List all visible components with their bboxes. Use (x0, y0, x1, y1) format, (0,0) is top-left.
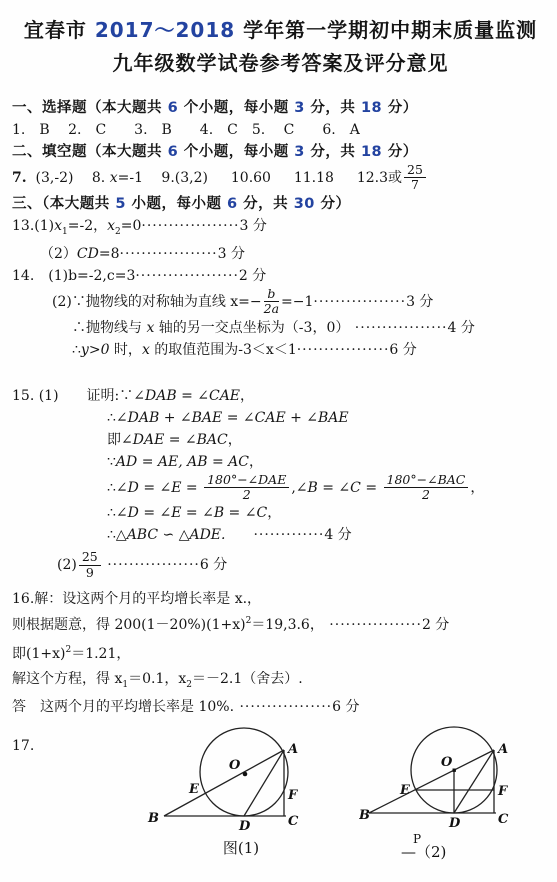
text-segment: 分） (382, 100, 418, 116)
text-segment: y (81, 342, 89, 358)
text-segment: =−1 (281, 294, 313, 310)
text-segment: x (54, 218, 62, 234)
text-segment: 时， (109, 342, 141, 358)
text-segment (225, 527, 253, 543)
text-segment: 3 (294, 100, 305, 116)
text-segment: 答 这两个月的平均增长率是 10%. (12, 699, 234, 715)
text-segment: 个小题，每小题 (178, 100, 294, 116)
text-segment: 5 (115, 196, 126, 212)
fraction: 180°−∠DAE2 (204, 473, 289, 503)
dotted-leader: ·················· (120, 246, 218, 262)
text-segment: ∠DAB = ∠CAE (133, 388, 240, 404)
text-segment: 证明:∵ (87, 388, 134, 404)
text-segment: 解这个方程，得 x (12, 671, 122, 687)
dotted-leader: ············· (253, 527, 324, 543)
dotted-leader: ················· (297, 342, 390, 358)
text-segment: CD (77, 246, 99, 262)
text-segment: 3 分 (218, 246, 245, 262)
dotted-leader: ················· (313, 294, 406, 310)
text-segment: ＝0.1，x (128, 671, 186, 687)
text-segment: △ABC ∽ △ADE. (116, 527, 226, 543)
text-segment: 13.(1) (12, 218, 54, 234)
text-segment: x (110, 170, 118, 186)
text-segment: ∴ (107, 479, 116, 495)
text-segment: ， (470, 479, 484, 495)
text-segment: 1. B 2. C 3. B 4. C 5. C 6. A (12, 122, 360, 138)
text-segment: ∠DAE = ∠BAC (121, 432, 228, 448)
q14-part2a: (2)∵抛物线的对称轴为直线 x=−b2a=−1················… (12, 287, 549, 317)
text-segment: ∴ (72, 342, 81, 358)
fraction: b2a (264, 287, 279, 317)
dotted-leader: ··················· (135, 268, 239, 284)
point-label-F: F (287, 788, 298, 803)
text-segment: =8 (99, 246, 120, 262)
q16-line2: 则根据题意，得 200(1－20%)(1+x)2＝19,3.6， ·······… (12, 610, 549, 636)
text-segment: 3 (294, 144, 305, 160)
text-segment: x (142, 342, 150, 358)
segment-BA-fig1 (164, 750, 284, 816)
center-dot-fig1 (243, 772, 248, 777)
fraction: 180°−∠BAC2 (384, 473, 469, 503)
text-segment: ＝－2.1（舍去）. (192, 671, 303, 687)
point-label-B: B (359, 808, 370, 823)
point-label-O: O (441, 755, 453, 770)
q15-proof-2: ∴∠DAB + ∠BAE = ∠CAE + ∠BAE (12, 407, 549, 429)
page-title-line1: 宜春市 2017～2018 学年第一学期初中期末质量监测 (12, 14, 549, 47)
figure-2-caption: —（2) (401, 843, 446, 861)
text-segment: 16.解：设这两个月的平均增长率是 x.， (12, 591, 261, 607)
text-segment: （2） (40, 246, 77, 262)
text-segment: 则根据题意，得 200(1－20%)(1+x) (12, 617, 246, 633)
text-segment: ∠DAB + ∠BAE = ∠CAE + ∠BAE (116, 410, 349, 426)
text-segment: ∵ (107, 454, 116, 470)
figure-1-caption: 图(1) (223, 839, 259, 857)
text-segment: 6 分 (200, 557, 227, 573)
text-segment: 个小题，每小题 (178, 144, 294, 160)
q16-line3: 即(1+x)2＝1.21， (12, 639, 549, 665)
q15-proof-3: 即∠DAE = ∠BAC， (12, 429, 549, 451)
text-segment: ∠B = ∠C = (296, 479, 382, 495)
q15-proof-4: ∵AD = AE, AB = AC， (12, 451, 549, 473)
section2-heading: 二、填空题（本大题共 6 个小题，每小题 3 分，共 18 分） (12, 141, 549, 163)
center-dot-fig2 (453, 769, 456, 772)
text-segment: 即(1+x) (12, 646, 65, 662)
q15-proof-1: 15. (1) 证明:∵∠DAB = ∠CAE， (12, 385, 549, 407)
q15-proof-6: ∴∠D = ∠E = ∠B = ∠C， (12, 502, 549, 524)
dotted-leader: ················· (107, 557, 200, 573)
figure-1: A O E F B D C 图(1) (144, 722, 359, 862)
segment-BA-fig2 (369, 750, 494, 813)
text-segment: 7. (12, 170, 27, 186)
text-segment: 3 分 (240, 218, 267, 234)
title-year-range: 2017～2018 (95, 18, 235, 42)
text-segment: 6 分 (389, 342, 416, 358)
text-segment: 分，共 (305, 100, 361, 116)
text-segment: 6 (227, 196, 238, 212)
text-segment: ∠D = ∠E = (116, 479, 202, 495)
q16-line1: 16.解：设这两个月的平均增长率是 x.， (12, 588, 549, 610)
text-segment: ＝19,3.6， (251, 617, 324, 633)
text-segment: ∴ (107, 505, 116, 521)
dotted-leader: ················· (234, 699, 332, 715)
text-segment: (2) (57, 557, 77, 573)
text-segment: 14. (1)b=-2,c=3 (12, 268, 135, 284)
text-segment: 2 分 (422, 617, 449, 633)
question-17-figures: 17. A O E F B D C 图(1) A (12, 722, 549, 862)
q14-part1: 14. (1)b=-2,c=3···················2 分 (12, 265, 549, 287)
section3-heading: 三、（本大题共 5 小题，每小题 6 分，共 30 分） (12, 193, 549, 215)
q15-proof-5: ∴∠D = ∠E = 180°−∠DAE2,∠B = ∠C = 180°−∠BA… (12, 473, 549, 503)
dotted-leader: ················· (349, 320, 447, 336)
text-segment: (2)∵抛物线的对称轴为直线 x=− (52, 294, 262, 310)
text-segment: ， (267, 505, 281, 521)
text-segment: 分，共 (238, 196, 294, 212)
text-segment: >0 (89, 342, 110, 358)
text-segment: 6 (168, 144, 179, 160)
text-segment: 18 (361, 100, 382, 116)
text-segment: 18 (361, 144, 382, 160)
segment-AD-fig1 (244, 750, 284, 816)
point-label-D: D (238, 819, 251, 834)
dotted-leader: ·················· (141, 218, 239, 234)
text-segment: ＝1.21， (71, 646, 130, 662)
q16-line4: 解这个方程，得 x1＝0.1，x2＝－2.1（舍去）. (12, 668, 549, 696)
text-segment: ， (249, 454, 263, 470)
text-segment: 的取值范围为-3＜x＜1 (150, 342, 297, 358)
text-segment: =-1 9.(3,2) 10.60 11.18 12.3或 (118, 170, 402, 186)
text-segment: (3,-2) 8. (27, 170, 110, 186)
text-segment: 15. (1) (12, 388, 59, 404)
text-segment: 轴的另一交点坐标为（-3，0） (154, 320, 349, 336)
title-text: 宜春市 (24, 18, 95, 42)
point-label-B: B (147, 811, 159, 826)
text-segment: =-2， (68, 218, 107, 234)
text-segment: =0 (121, 218, 142, 234)
text-segment: ∴抛物线与 (72, 320, 146, 336)
text-segment: 分） (382, 144, 418, 160)
answers-fill: 7. (3,-2) 8. x=-1 9.(3,2) 10.60 11.18 12… (12, 163, 549, 193)
text-segment: 30 (294, 196, 315, 212)
content-lines: 一、选择题（本大题共 6 个小题，每小题 3 分，共 18 分）1. B 2. … (12, 97, 549, 718)
dotted-leader: ················· (324, 617, 422, 633)
text-segment: ， (240, 388, 254, 404)
text-segment: ∴ (107, 527, 116, 543)
text-segment: 分） (315, 196, 351, 212)
text-segment: x (107, 218, 115, 234)
point-label-D: D (448, 816, 461, 831)
q13-part1: 13.(1)x1=-2，x2=0··················3 分 (12, 215, 549, 243)
point-label-E: E (188, 782, 200, 797)
text-segment: ∠D = ∠E = ∠B = ∠C (116, 505, 267, 521)
point-label-C: C (288, 814, 299, 829)
point-label-A: A (496, 742, 508, 757)
point-label-E: E (399, 783, 411, 798)
section1-heading: 一、选择题（本大题共 6 个小题，每小题 3 分，共 18 分） (12, 97, 549, 119)
point-label-A: A (286, 742, 298, 757)
text-segment: 4 分 (324, 527, 351, 543)
answers-choice: 1. B 2. C 3. B 4. C 5. C 6. A (12, 119, 549, 141)
q15-part2: (2)259 ·················6 分 (12, 550, 549, 580)
text-segment (59, 388, 87, 404)
q14-part2c: ∴y>0 时，x 的取值范围为-3＜x＜1·················6 … (12, 339, 549, 361)
page-title-line2: 九年级数学试卷参考答案及评分意见 (12, 47, 549, 80)
text-segment: ∴ (107, 410, 116, 426)
text-segment: 二、填空题（本大题共 (12, 144, 168, 160)
point-label-F: F (497, 784, 508, 799)
title-text-rest: 学年第一学期初中期末质量监测 (235, 18, 537, 42)
exam-answer-page: 宜春市 2017～2018 学年第一学期初中期末质量监测 九年级数学试卷参考答案… (0, 0, 557, 862)
text-segment: 分，共 (305, 144, 361, 160)
text-segment: 4 分 (447, 320, 474, 336)
text-segment: 小题，每小题 (126, 196, 227, 212)
text-segment: 三、（本大题共 (12, 196, 115, 212)
fraction: 257 (404, 163, 426, 193)
text-segment: 即 (107, 432, 121, 448)
q13-part2: （2）CD=8··················3 分 (12, 243, 549, 265)
text-segment: 2 分 (239, 268, 266, 284)
point-label-C: C (498, 812, 509, 827)
text-segment: 一、选择题（本大题共 (12, 100, 168, 116)
text-segment: AD = AE, AB = AC (116, 454, 249, 470)
q16-line5: 答 这两个月的平均增长率是 10%. ·················6 分 (12, 696, 549, 718)
question-17-label: 17. (12, 722, 144, 754)
q15-proof-7: ∴△ABC ∽ △ADE. ·············4 分 (12, 524, 549, 546)
point-label-O: O (229, 758, 241, 773)
q14-part2b: ∴抛物线与 x 轴的另一交点坐标为（-3，0） ················… (12, 317, 549, 339)
figure-2: A O E F B D C P —（2) (359, 722, 557, 862)
fraction: 259 (79, 550, 101, 580)
text-segment: 3 分 (406, 294, 433, 310)
text-segment: ， (228, 432, 242, 448)
text-segment: 6 分 (332, 699, 359, 715)
text-segment: 6 (168, 100, 179, 116)
